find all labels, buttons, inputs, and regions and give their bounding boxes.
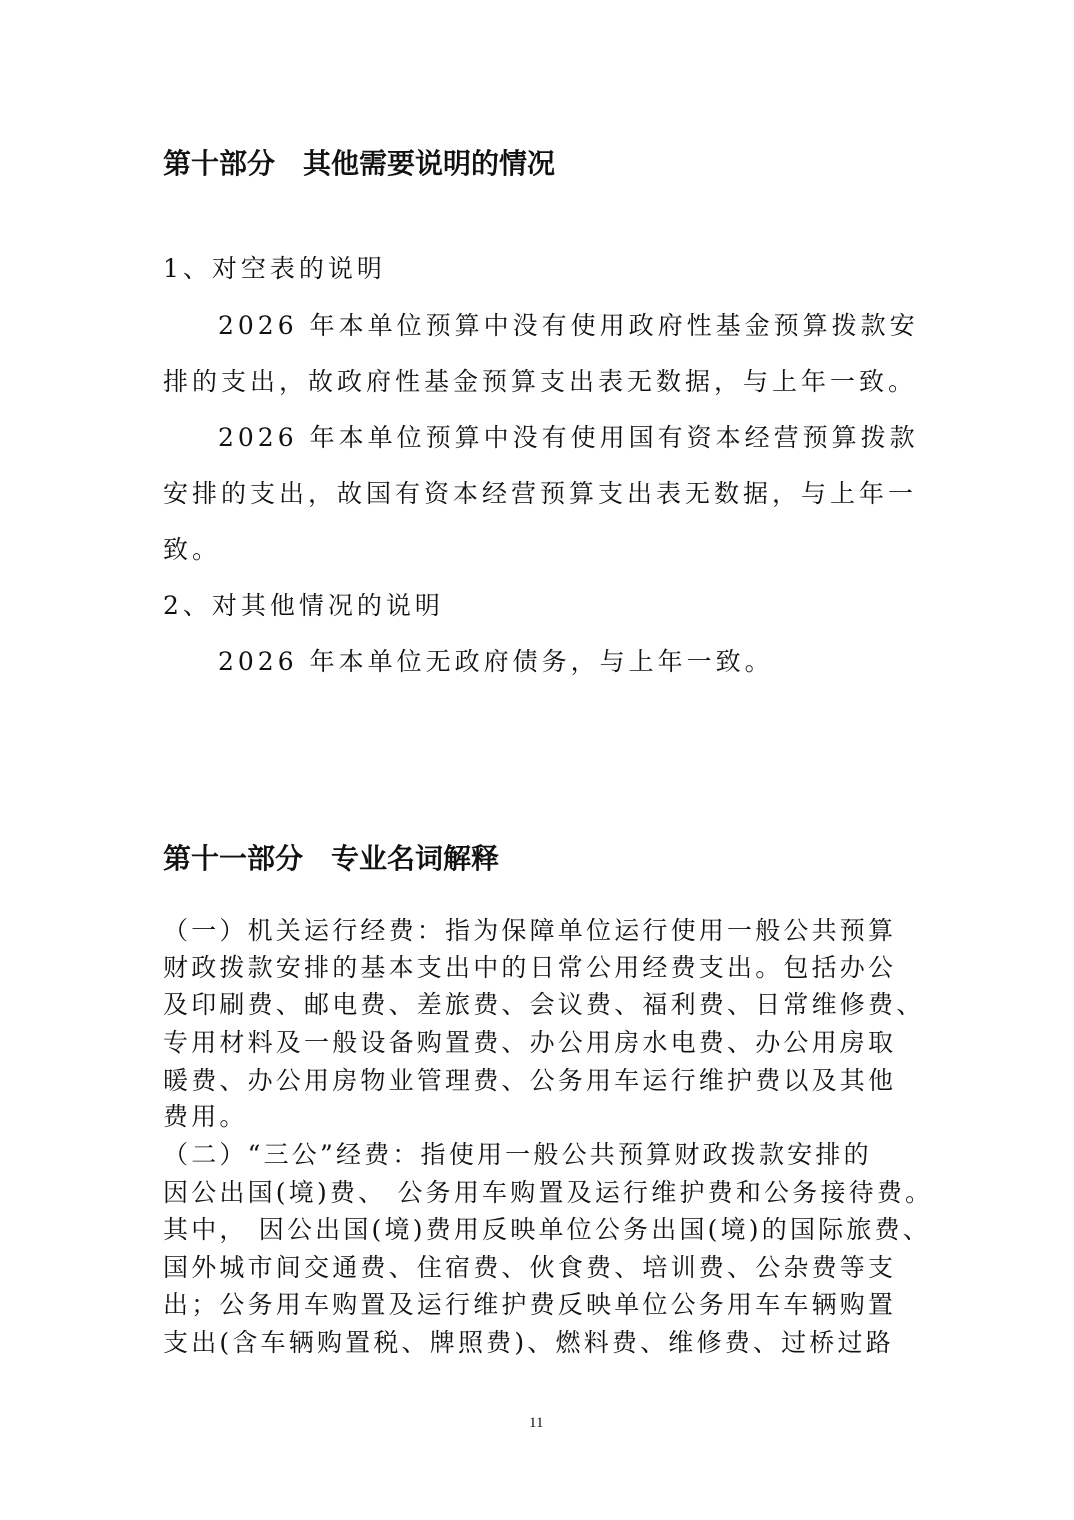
term-line: 其中， 因公出国(境)费用反映单位公务出国(境)的国际旅费、	[163, 1217, 931, 1242]
term-line: 因公出国(境)费、 公务用车购置及运行维护费和公务接待费。	[163, 1180, 933, 1205]
paragraph-line: 2026 年本单位预算中没有使用国有资本经营预算拨款	[218, 425, 919, 450]
term-line: 支出(含车辆购置税、牌照费)、燃料费、维修费、过桥过路	[163, 1330, 894, 1355]
term-line: 出；公务用车购置及运行维护费反映单位公务用车车辆购置	[163, 1292, 896, 1317]
paragraph-line: 致。	[163, 537, 221, 562]
term-line: 财政拨款安排的基本支出中的日常公用经费支出。包括办公	[163, 955, 896, 980]
paragraph-line: 安排的支出，故国有资本经营预算支出表无数据，与上年一	[163, 481, 917, 506]
term-line: （一）机关运行经费：指为保障单位运行使用一般公共预算	[163, 918, 896, 943]
paragraph-line: 2026 年本单位预算中没有使用政府性基金预算拨款安	[218, 313, 919, 338]
term-line: 费用。	[163, 1104, 248, 1129]
term-line: 专用材料及一般设备购置费、办公用房水电费、办公用房取	[163, 1030, 896, 1055]
term-line: 暖费、办公用房物业管理费、公务用车运行维护费以及其他	[163, 1068, 896, 1093]
section-11-heading: 第十一部分 专业名词解释	[163, 845, 499, 873]
paragraph-line: 2026 年本单位无政府债务，与上年一致。	[218, 649, 774, 674]
item-2-heading: 2、对其他情况的说明	[163, 593, 444, 618]
page-number: 11	[529, 1415, 543, 1432]
paragraph-line: 排的支出，故政府性基金预算支出表无数据，与上年一致。	[163, 369, 917, 394]
section-10-heading: 第十部分 其他需要说明的情况	[163, 150, 555, 178]
term-line: （二）“三公”经费：指使用一般公共预算财政拨款安排的	[163, 1142, 872, 1167]
item-1-heading: 1、对空表的说明	[163, 256, 386, 281]
document-page: 第十部分 其他需要说明的情况 1、对空表的说明 2026 年本单位预算中没有使用…	[0, 0, 1074, 1520]
term-line: 及印刷费、邮电费、差旅费、会议费、福利费、日常维修费、	[163, 992, 924, 1017]
term-line: 国外城市间交通费、住宿费、伙食费、培训费、公杂费等支	[163, 1255, 896, 1280]
